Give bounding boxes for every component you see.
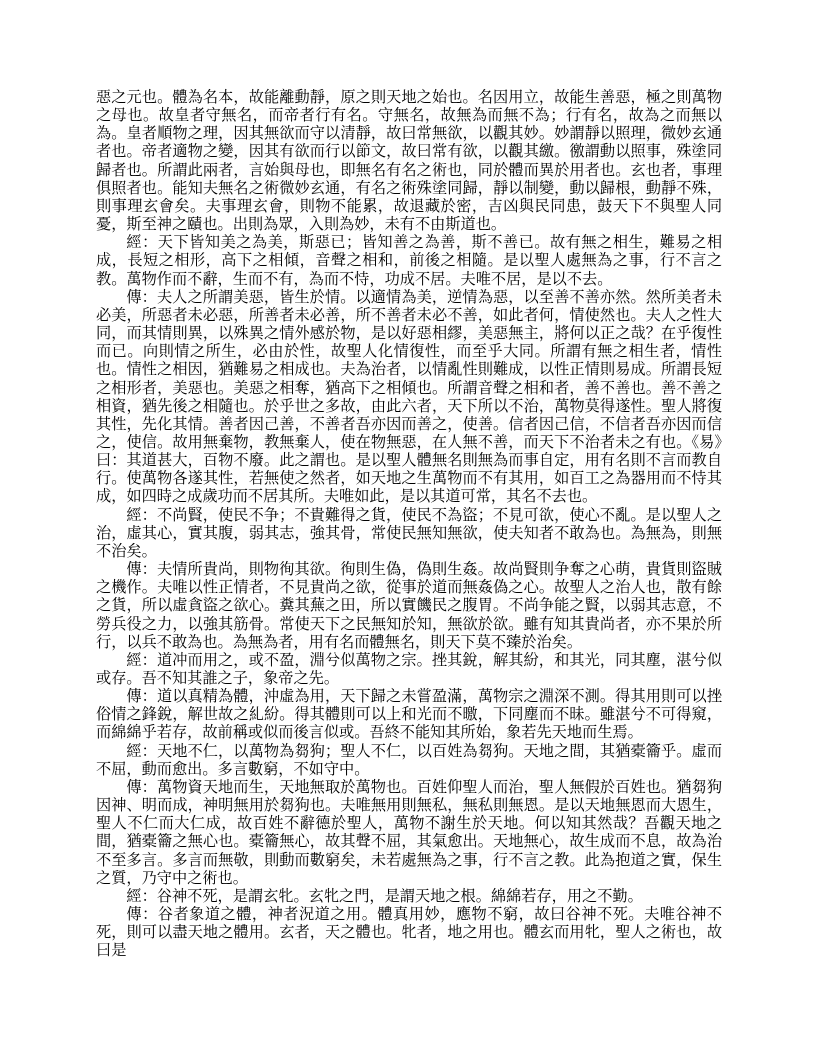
paragraph-zhuan-chapter4: 傳：道以真精為體，沖虛為用，天下歸之未嘗盈滿，萬物宗之淵深不測。得其用則可以挫俗… bbox=[96, 688, 722, 742]
paragraph-jing-chapter5: 經：天地不仁，以萬物為芻狗；聖人不仁，以百姓為芻狗。天地之間，其猶橐籥乎。虛而不… bbox=[96, 743, 722, 779]
paragraph-jing-chapter6: 經：谷神不死，是謂玄牝。玄牝之門，是謂天地之根。綿綿若存，用之不勤。 bbox=[96, 888, 722, 906]
paragraph-continuation-paragraph: 惡之元也。體為名本，故能離動靜，原之則天地之始也。名因用立，故能生善惡，極之則萬… bbox=[96, 89, 722, 234]
text-block: 惡之元也。體為名本，故能離動靜，原之則天地之始也。名因用立，故能生善惡，極之則萬… bbox=[96, 89, 722, 961]
paragraph-zhuan-chapter5: 傳：萬物資天地而生，天地無取於萬物也。百姓仰聖人而治，聖人無假於百姓也。猶芻狗因… bbox=[96, 779, 722, 888]
paragraph-jing-chapter3: 經：不尚賢，使民不争；不貴難得之貨，使民不為盜；不見可欲，使心不亂。是以聖人之治… bbox=[96, 507, 722, 561]
paragraph-zhuan-chapter3: 傳：夫情所貴尚，則物徇其欲。徇則生偽，偽則生姦。故尚賢則争奪之心萌，貴貨則盜賊之… bbox=[96, 561, 722, 652]
paragraph-zhuan-chapter2: 傳：夫人之所謂美惡，皆生於情。以適情為美，逆情為惡，以至善不善亦然。然所美者未必… bbox=[96, 289, 722, 507]
paragraph-jing-chapter4: 經：道冲而用之，或不盈，淵兮似萬物之宗。挫其銳，解其紛，和其光，同其塵，湛兮似或… bbox=[96, 652, 722, 688]
paragraph-jing-chapter2: 經：天下皆知美之為美，斯惡已；皆知善之為善，斯不善已。故有無之相生，難易之相成，… bbox=[96, 234, 722, 288]
paragraph-zhuan-chapter6: 傳：谷者象道之體，神者況道之用。體真用妙，應物不窮，故曰谷神不死。夫唯谷神不死，… bbox=[96, 906, 722, 960]
document-page: 惡之元也。體為名本，故能離動靜，原之則天地之始也。名因用立，故能生善惡，極之則萬… bbox=[0, 0, 816, 1056]
